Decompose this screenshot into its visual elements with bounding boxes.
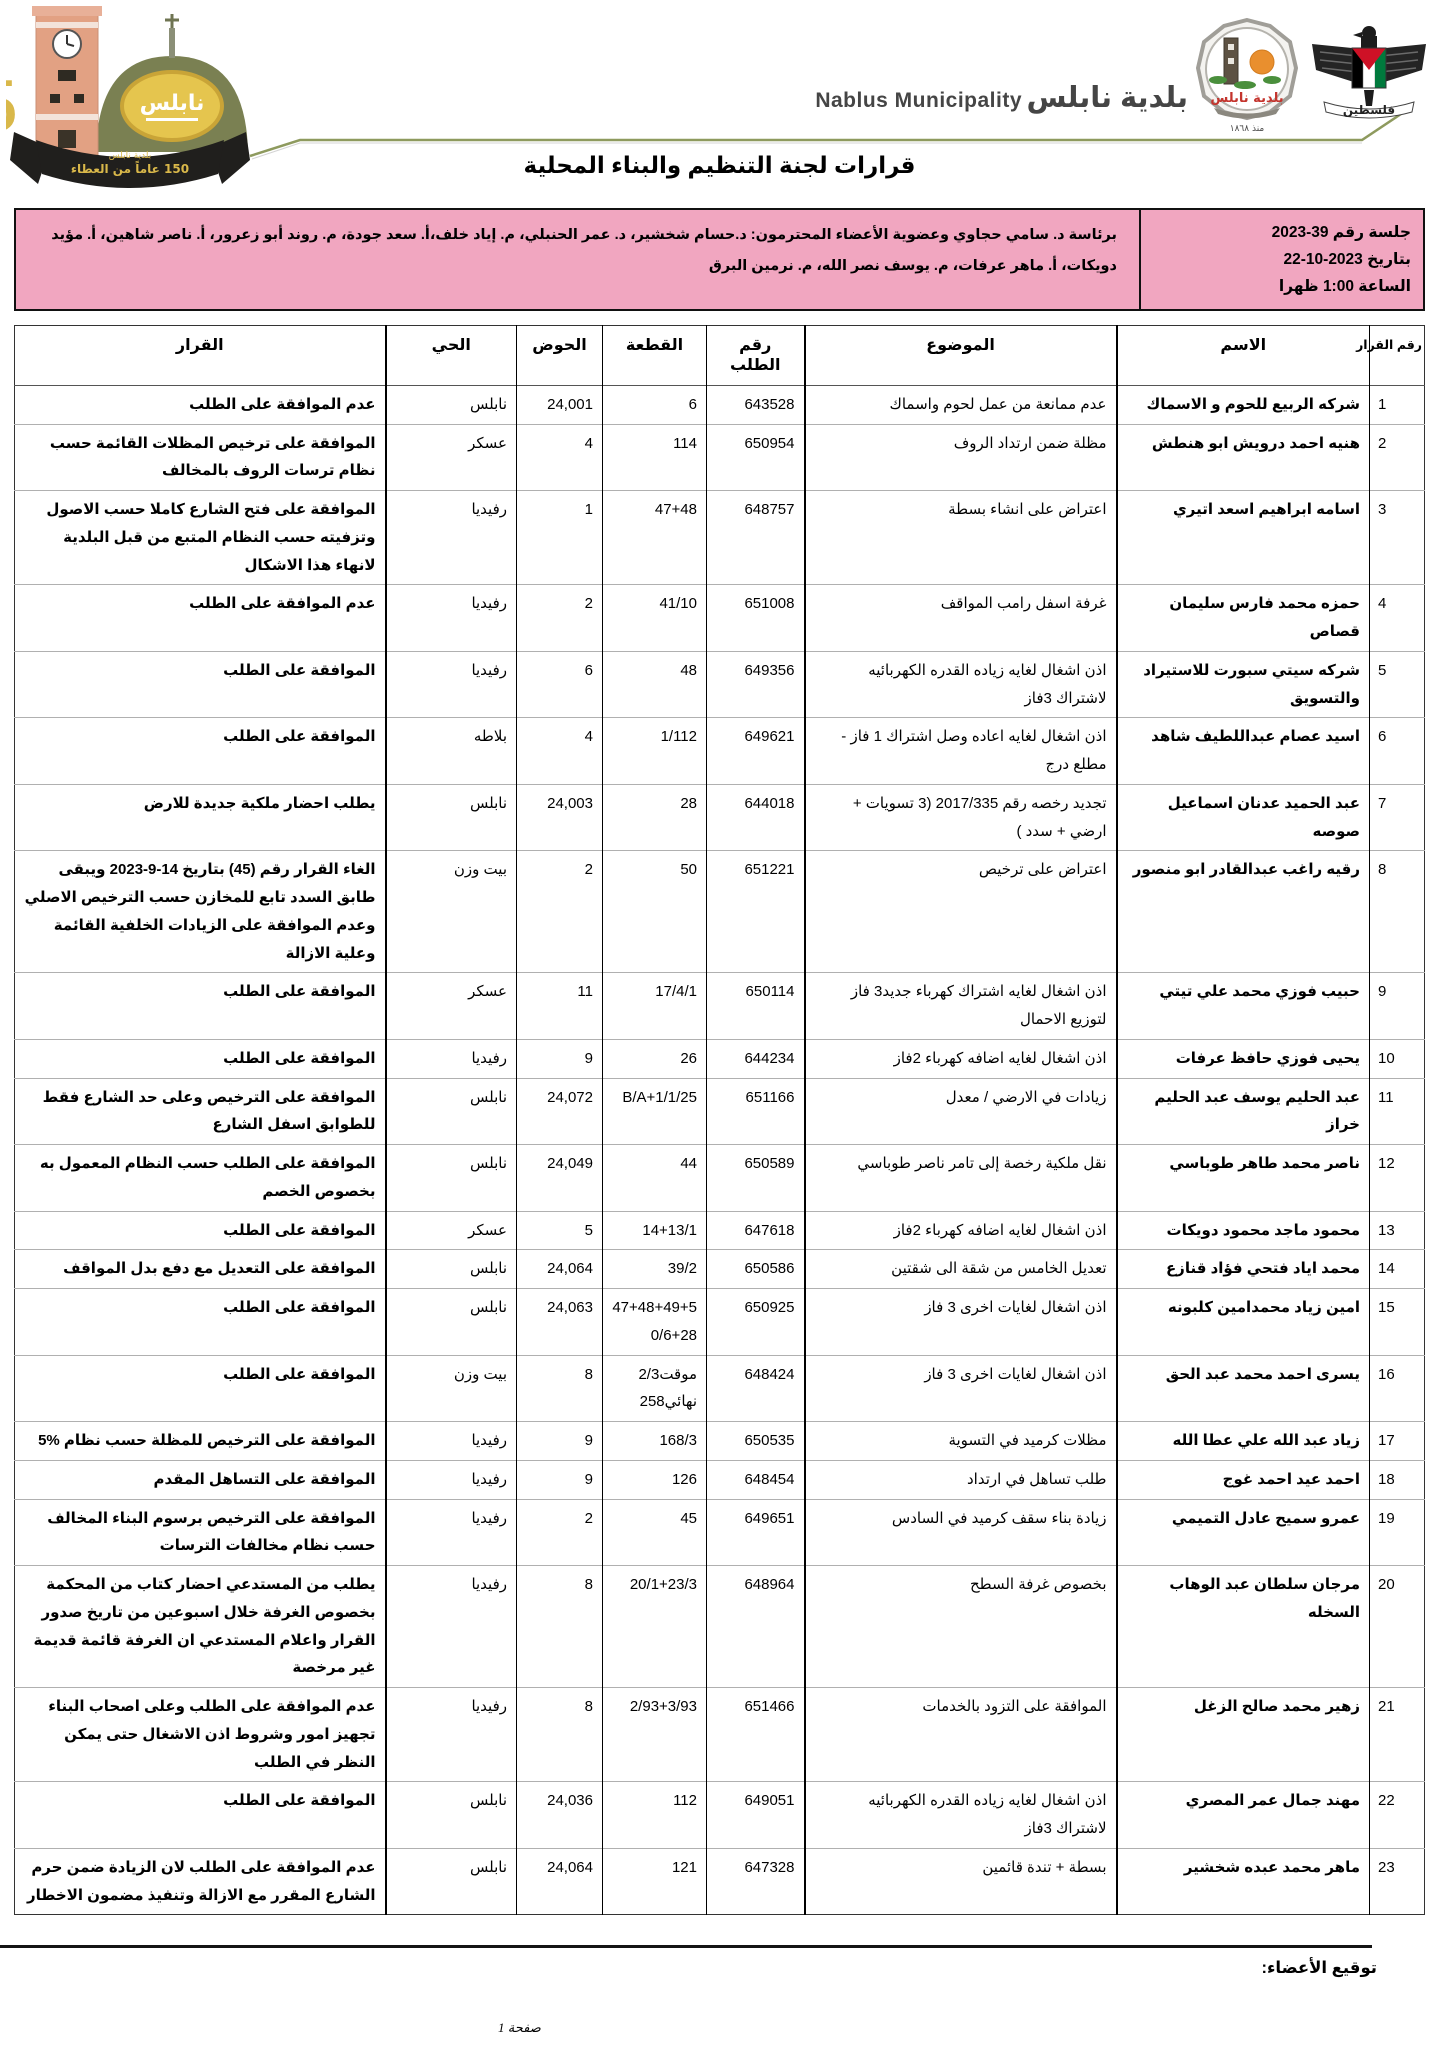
cell-name: حبيب فوزي محمد علي تيتي [1117, 973, 1370, 1040]
cell-decision-number: 2 [1370, 424, 1425, 491]
table-row: 14 محمد اياد فتحي فؤاد قنازع تعديل الخام… [15, 1250, 1425, 1289]
cell-decision: الموافقة على الطلب [15, 718, 386, 785]
table-row: 6 اسيد عصام عبداللطيف شاهد اذن اشغال لغا… [15, 718, 1425, 785]
cell-decision-number: 4 [1370, 585, 1425, 652]
cell-subject: تعديل الخامس من شقة الى شقتين [805, 1250, 1117, 1289]
cell-request-number: 648424 [707, 1355, 805, 1422]
table-row: 9 حبيب فوزي محمد علي تيتي اذن اشغال لغاي… [15, 973, 1425, 1040]
cell-district: عسكر [386, 973, 517, 1040]
table-row: 3 اسامه ابراهيم اسعد اتيري اعتراض على ان… [15, 491, 1425, 585]
cell-district: نابلس [386, 1078, 517, 1145]
cell-basin: 24,063 [517, 1289, 603, 1356]
cell-decision: الموافقة على التساهل المقدم [15, 1460, 386, 1499]
cell-district: رفيديا [386, 1688, 517, 1782]
cell-name: ماهر محمد عبده شخشير [1117, 1848, 1370, 1915]
page-number: صفحة 1 [498, 2020, 541, 2036]
cell-decision: الموافقة على الطلب حسب النظام المعمول به… [15, 1145, 386, 1212]
cell-name: رقيه راغب عبدالقادر ابو منصور [1117, 851, 1370, 973]
cell-decision-number: 10 [1370, 1039, 1425, 1078]
cell-name: مهند جمال عمر المصري [1117, 1782, 1370, 1849]
cell-request-number: 648757 [707, 491, 805, 585]
cell-plot: 41/10 [603, 585, 707, 652]
session-time: الساعة 1:00 ظهرا [1153, 273, 1411, 300]
cell-name: اسامه ابراهيم اسعد اتيري [1117, 491, 1370, 585]
cell-district: رفيديا [386, 585, 517, 652]
cell-plot: 6 [603, 385, 707, 424]
cell-request-number: 651221 [707, 851, 805, 973]
session-number: جلسة رقم 39-2023 [1153, 219, 1411, 246]
cell-plot: 168/3 [603, 1422, 707, 1461]
cell-request-number: 644234 [707, 1039, 805, 1078]
cell-district: نابلس [386, 1145, 517, 1212]
cell-decision: يطلب من المستدعي احضار كتاب من المحكمة ب… [15, 1566, 386, 1688]
cell-district: رفيديا [386, 651, 517, 718]
session-meta: جلسة رقم 39-2023 بتاريخ 2023-10-22 الساع… [1139, 210, 1423, 309]
table-row: 21 زهير محمد صالح الزغل الموافقة على الت… [15, 1688, 1425, 1782]
cell-district: نابلس [386, 784, 517, 851]
emblem-center-text: بلدية نابلس [1210, 91, 1283, 106]
table-body: 1 شركه الربيع للحوم و الاسماك عدم ممانعة… [15, 385, 1425, 1915]
table-row: 12 ناصر محمد طاهر طوباسي نقل ملكية رخصة … [15, 1145, 1425, 1212]
cell-decision-number: 12 [1370, 1145, 1425, 1212]
cell-name: هنيه احمد درويش ابو هنطش [1117, 424, 1370, 491]
table-row: 1 شركه الربيع للحوم و الاسماك عدم ممانعة… [15, 385, 1425, 424]
cell-request-number: 650114 [707, 973, 805, 1040]
cell-request-number: 650954 [707, 424, 805, 491]
cell-request-number: 650925 [707, 1289, 805, 1356]
cell-plot: 50 [603, 851, 707, 973]
header-decision: القرار [15, 326, 386, 385]
header-basin: الحوض [517, 326, 603, 385]
cell-plot: 17/4/1 [603, 973, 707, 1040]
cell-decision: الموافقة على الطلب [15, 1039, 386, 1078]
cell-name: مرجان سلطان عبد الوهاب السخله [1117, 1566, 1370, 1688]
cell-basin: 11 [517, 973, 603, 1040]
cell-name: زياد عبد الله علي عطا الله [1117, 1422, 1370, 1461]
cell-decision: عدم الموافقة على الطلب [15, 585, 386, 652]
table-row: 17 زياد عبد الله علي عطا الله مظلات كرمي… [15, 1422, 1425, 1461]
cell-subject: اذن اشغال لغايه اشتراك كهرباء جديد3 فاز … [805, 973, 1117, 1040]
cell-basin: 9 [517, 1460, 603, 1499]
cell-subject: اعتراض على ترخيص [805, 851, 1117, 973]
cell-subject: تجديد رخصه رقم 2017/335 (3 تسويات + ارضي… [805, 784, 1117, 851]
emblem-since-caption: منذ ١٨٦٨ [1230, 124, 1265, 134]
table-row: 5 شركه سيتي سبورت للاستيراد والتسويق اذن… [15, 651, 1425, 718]
cell-request-number: 647618 [707, 1211, 805, 1250]
cell-basin: 4 [517, 718, 603, 785]
cell-decision-number: 15 [1370, 1289, 1425, 1356]
members-signature-label: توقيع الأعضاء: [0, 1958, 1377, 1978]
cell-decision-number: 20 [1370, 1566, 1425, 1688]
cell-decision: الموافقة على الطلب [15, 1289, 386, 1356]
cell-plot: 44 [603, 1145, 707, 1212]
cell-district: رفيديا [386, 491, 517, 585]
palestine-banner-text: فلسطين [1343, 103, 1395, 117]
cell-decision-number: 13 [1370, 1211, 1425, 1250]
spire-cross-icon [165, 14, 179, 28]
cell-subject: اذن اشغال لغايات اخرى 3 فاز [805, 1289, 1117, 1356]
cell-decision-number: 23 [1370, 1848, 1425, 1915]
cell-decision-number: 11 [1370, 1078, 1425, 1145]
cell-district: رفيديا [386, 1499, 517, 1566]
cell-decision-number: 6 [1370, 718, 1425, 785]
cell-basin: 8 [517, 1688, 603, 1782]
cell-subject: طلب تساهل في ارتداد [805, 1460, 1117, 1499]
cell-decision-number: 3 [1370, 491, 1425, 585]
brand-arabic: بلدية نابلس [1026, 82, 1188, 114]
cell-name: عبد الحليم يوسف عبد الحليم خراز [1117, 1078, 1370, 1145]
cell-basin: 1 [517, 491, 603, 585]
table-row: 11 عبد الحليم يوسف عبد الحليم خراز زيادا… [15, 1078, 1425, 1145]
cell-district: رفيديا [386, 1460, 517, 1499]
cell-plot: 26 [603, 1039, 707, 1078]
cell-basin: 8 [517, 1355, 603, 1422]
cell-decision: الموافقة على الترخيص وعلى حد الشارع فقط … [15, 1078, 386, 1145]
cell-name: عبد الحميد عدنان اسماعيل صوصه [1117, 784, 1370, 851]
eagle-beak [1353, 32, 1362, 38]
cell-plot: B/A+1/1/25 [603, 1078, 707, 1145]
cell-decision-number: 14 [1370, 1250, 1425, 1289]
table-row: 10 يحيى فوزي حافظ عرفات اذن اشغال لغايه … [15, 1039, 1425, 1078]
cell-request-number: 647328 [707, 1848, 805, 1915]
cell-request-number: 650589 [707, 1145, 805, 1212]
cell-name: زهير محمد صالح الزغل [1117, 1688, 1370, 1782]
cell-decision-number: 17 [1370, 1422, 1425, 1461]
cell-request-number: 649051 [707, 1782, 805, 1849]
cell-district: بيت وزن [386, 1355, 517, 1422]
cell-basin: 8 [517, 1566, 603, 1688]
cell-decision: عدم الموافقة على الطلب وعلى اصحاب البناء… [15, 1688, 386, 1782]
header-plot: القطعة [603, 326, 707, 385]
cell-basin: 9 [517, 1039, 603, 1078]
cell-name: يسرى احمد محمد عبد الحق [1117, 1355, 1370, 1422]
palestine-coat-of-arms: فلسطين [1306, 22, 1432, 122]
cell-district: نابلس [386, 1250, 517, 1289]
cell-decision-number: 1 [1370, 385, 1425, 424]
brand-english: Nablus Municipality [815, 89, 1022, 112]
table-row: 4 حمزه محمد فارس سليمان قصاص غرفة اسفل ر… [15, 585, 1425, 652]
cell-district: بلاطه [386, 718, 517, 785]
cell-decision-number: 5 [1370, 651, 1425, 718]
page-header: 15 نابلس بلدية نابلس 150 عاماً من العطاء… [0, 0, 1439, 208]
cell-district: رفيديا [386, 1566, 517, 1688]
cell-district: رفيديا [386, 1422, 517, 1461]
cell-plot: 28 [603, 784, 707, 851]
table-row: 19 عمرو سميح عادل التميمي زيادة بناء سقف… [15, 1499, 1425, 1566]
cell-subject: غرفة اسفل رامب المواقف [805, 585, 1117, 652]
cell-decision: الغاء القرار رقم (45) بتاريخ 14-9-2023 و… [15, 851, 386, 973]
cell-decision: الموافقة على الطلب [15, 651, 386, 718]
cell-plot: 20/1+23/3 [603, 1566, 707, 1688]
cell-subject: عدم ممانعة من عمل لحوم واسماك [805, 385, 1117, 424]
cell-plot: 114 [603, 424, 707, 491]
cell-subject: الموافقة على التزود بالخدمات [805, 1688, 1117, 1782]
cell-decision: الموافقة على فتح الشارع كاملا حسب الاصول… [15, 491, 386, 585]
header-subject: الموضوع [805, 326, 1117, 385]
cell-basin: 2 [517, 585, 603, 652]
cell-basin: 9 [517, 1422, 603, 1461]
cell-decision: الموافقة على الطلب [15, 1782, 386, 1849]
cell-district: رفيديا [386, 1039, 517, 1078]
cell-plot: 45 [603, 1499, 707, 1566]
cell-subject: مظلات كرميد في التسوية [805, 1422, 1117, 1461]
table-row: 23 ماهر محمد عبده شخشير بسطة + تندة قائم… [15, 1848, 1425, 1915]
cell-subject: اذن اشغال لغايات اخرى 3 فاز [805, 1355, 1117, 1422]
cell-plot: 47+48 [603, 491, 707, 585]
cell-basin: 24,064 [517, 1848, 603, 1915]
cell-basin: 24,072 [517, 1078, 603, 1145]
cell-decision-number: 19 [1370, 1499, 1425, 1566]
cell-decision: الموافقة على الطلب [15, 973, 386, 1040]
cell-district: بيت وزن [386, 851, 517, 973]
cell-subject: بسطة + تندة قائمين [805, 1848, 1117, 1915]
cell-name: امين زياد محمدامين كلبونه [1117, 1289, 1370, 1356]
cell-decision: الموافقة على الترخيص برسوم البناء المخال… [15, 1499, 386, 1566]
cell-decision-number: 8 [1370, 851, 1425, 973]
table-row: 8 رقيه راغب عبدالقادر ابو منصور اعتراض ع… [15, 851, 1425, 973]
cell-plot: 121 [603, 1848, 707, 1915]
cell-subject: زيادة بناء سقف كرميد في السادس [805, 1499, 1117, 1566]
cell-plot: موقت2/3 نهائي258 [603, 1355, 707, 1422]
committee-decisions-document: { "page": { "title": "قرارات لجنة التنظي… [0, 0, 1439, 2048]
table-row: 7 عبد الحميد عدنان اسماعيل صوصه تجديد رخ… [15, 784, 1425, 851]
cell-district: عسكر [386, 424, 517, 491]
cell-basin: 2 [517, 1499, 603, 1566]
cell-decision-number: 7 [1370, 784, 1425, 851]
cell-subject: مظلة ضمن ارتداد الروف [805, 424, 1117, 491]
table-row: 15 امين زياد محمدامين كلبونه اذن اشغال ل… [15, 1289, 1425, 1356]
cell-basin: 2 [517, 851, 603, 973]
clock-tower-icon [32, 6, 102, 156]
cell-plot: 2/93+3/93 [603, 1688, 707, 1782]
cell-name: احمد عيد احمد غوج [1117, 1460, 1370, 1499]
cell-name: يحيى فوزي حافظ عرفات [1117, 1039, 1370, 1078]
cell-district: نابلس [386, 1782, 517, 1849]
cell-request-number: 648454 [707, 1460, 805, 1499]
cell-decision: الموافقة على التعديل مع دفع بدل المواقف [15, 1250, 386, 1289]
session-info-box: جلسة رقم 39-2023 بتاريخ 2023-10-22 الساع… [14, 208, 1425, 311]
cell-name: ناصر محمد طاهر طوباسي [1117, 1145, 1370, 1212]
cell-request-number: 651466 [707, 1688, 805, 1782]
cell-plot: 39/2 [603, 1250, 707, 1289]
cell-subject: اذن اشغال لغايه اضافه كهرباء 2فاز [805, 1211, 1117, 1250]
cell-decision-number: 16 [1370, 1355, 1425, 1422]
cell-basin: 24,064 [517, 1250, 603, 1289]
cell-district: نابلس [386, 385, 517, 424]
cell-name: محمد اياد فتحي فؤاد قنازع [1117, 1250, 1370, 1289]
cell-request-number: 643528 [707, 385, 805, 424]
cell-decision: عدم الموافقة على الطلب [15, 385, 386, 424]
header-name: الاسم [1117, 326, 1370, 385]
cell-basin: 5 [517, 1211, 603, 1250]
page-title: قرارات لجنة التنظيم والبناء المحلية [0, 152, 1439, 179]
cell-subject: اذن اشغال لغايه زياده القدره الكهربائيه … [805, 1782, 1117, 1849]
table-row: 2 هنيه احمد درويش ابو هنطش مظلة ضمن ارتد… [15, 424, 1425, 491]
signature-divider [0, 1945, 1372, 1948]
cell-subject: اذن اشغال لغايه اضافه كهرباء 2فاز [805, 1039, 1117, 1078]
cell-plot: 1/112 [603, 718, 707, 785]
cell-request-number: 644018 [707, 784, 805, 851]
cell-request-number: 650586 [707, 1250, 805, 1289]
cell-district: عسكر [386, 1211, 517, 1250]
table-row: 18 احمد عيد احمد غوج طلب تساهل في ارتداد… [15, 1460, 1425, 1499]
cell-name: محمود ماجد محمود دويكات [1117, 1211, 1370, 1250]
table-row: 13 محمود ماجد محمود دويكات اذن اشغال لغا… [15, 1211, 1425, 1250]
cell-subject: بخصوص غرفة السطح [805, 1566, 1117, 1688]
table-row: 16 يسرى احمد محمد عبد الحق اذن اشغال لغا… [15, 1355, 1425, 1422]
cell-decision-number: 18 [1370, 1460, 1425, 1499]
header-district: الحي [386, 326, 517, 385]
cell-request-number: 651166 [707, 1078, 805, 1145]
cell-name: حمزه محمد فارس سليمان قصاص [1117, 585, 1370, 652]
table-row: 22 مهند جمال عمر المصري اذن اشغال لغايه … [15, 1782, 1425, 1849]
cell-plot: 126 [603, 1460, 707, 1499]
cell-basin: 24,003 [517, 784, 603, 851]
cell-request-number: 650535 [707, 1422, 805, 1461]
cell-plot: 112 [603, 1782, 707, 1849]
cell-decision: الموافقة على ترخيص المظلات القائمة حسب ن… [15, 424, 386, 491]
header-request-number: رقم الطلب [707, 326, 805, 385]
cell-basin: 24,001 [517, 385, 603, 424]
cell-decision: يطلب احضار ملكية جديدة للارض [15, 784, 386, 851]
cell-request-number: 649621 [707, 718, 805, 785]
cell-name: اسيد عصام عبداللطيف شاهد [1117, 718, 1370, 785]
cell-subject: زيادات في الارضي / معدل [805, 1078, 1117, 1145]
decisions-table: رقم القرار الاسم الموضوع رقم الطلب القطع… [14, 325, 1425, 1915]
table-header-row: رقم القرار الاسم الموضوع رقم الطلب القطع… [15, 326, 1425, 385]
cell-decision: عدم الموافقة على الطلب لان الزيادة ضمن ح… [15, 1848, 386, 1915]
cell-request-number: 651008 [707, 585, 805, 652]
cell-decision: الموافقة على الترخيص للمظلة حسب نظام %5 [15, 1422, 386, 1461]
cell-name: شركه سيتي سبورت للاستيراد والتسويق [1117, 651, 1370, 718]
session-attendees: برئاسة د. سامي حجاوي وعضوية الأعضاء المح… [16, 210, 1139, 309]
cell-name: عمرو سميح عادل التميمي [1117, 1499, 1370, 1566]
cell-subject: اذن اشغال لغايه اعاده وصل اشتراك 1 فاز -… [805, 718, 1117, 785]
cell-basin: 4 [517, 424, 603, 491]
cell-subject: اذن اشغال لغايه زياده القدره الكهربائيه … [805, 651, 1117, 718]
cell-plot: 47+48+49+50/6+28 [603, 1289, 707, 1356]
cell-district: نابلس [386, 1848, 517, 1915]
cell-decision-number: 9 [1370, 973, 1425, 1040]
cell-request-number: 649356 [707, 651, 805, 718]
cell-decision-number: 22 [1370, 1782, 1425, 1849]
brand-wordmark: بلدية نابلس Nablus Municipality [862, 80, 1188, 115]
cell-subject: نقل ملكية رخصة إلى تامر ناصر طوباسي [805, 1145, 1117, 1212]
cell-request-number: 649651 [707, 1499, 805, 1566]
table-row: 20 مرجان سلطان عبد الوهاب السخله بخصوص غ… [15, 1566, 1425, 1688]
cell-plot: 14+13/1 [603, 1211, 707, 1250]
flag-shield [1352, 48, 1386, 88]
cell-basin: 24,036 [517, 1782, 603, 1849]
cell-plot: 48 [603, 651, 707, 718]
cell-request-number: 648964 [707, 1566, 805, 1688]
header-decision-number: رقم القرار [1370, 326, 1425, 385]
anniversary-city-text: نابلس [140, 91, 205, 116]
nablus-municipal-emblem: بلدية نابلس منذ ١٨٦٨ [1192, 18, 1302, 134]
session-date: بتاريخ 2023-10-22 [1153, 246, 1411, 273]
cell-decision-number: 21 [1370, 1688, 1425, 1782]
cell-basin: 24,049 [517, 1145, 603, 1212]
cell-decision: الموافقة على الطلب [15, 1355, 386, 1422]
cell-subject: اعتراض على انشاء بسطة [805, 491, 1117, 585]
cell-district: نابلس [386, 1289, 517, 1356]
cell-name: شركه الربيع للحوم و الاسماك [1117, 385, 1370, 424]
cell-decision: الموافقة على الطلب [15, 1211, 386, 1250]
cell-basin: 6 [517, 651, 603, 718]
